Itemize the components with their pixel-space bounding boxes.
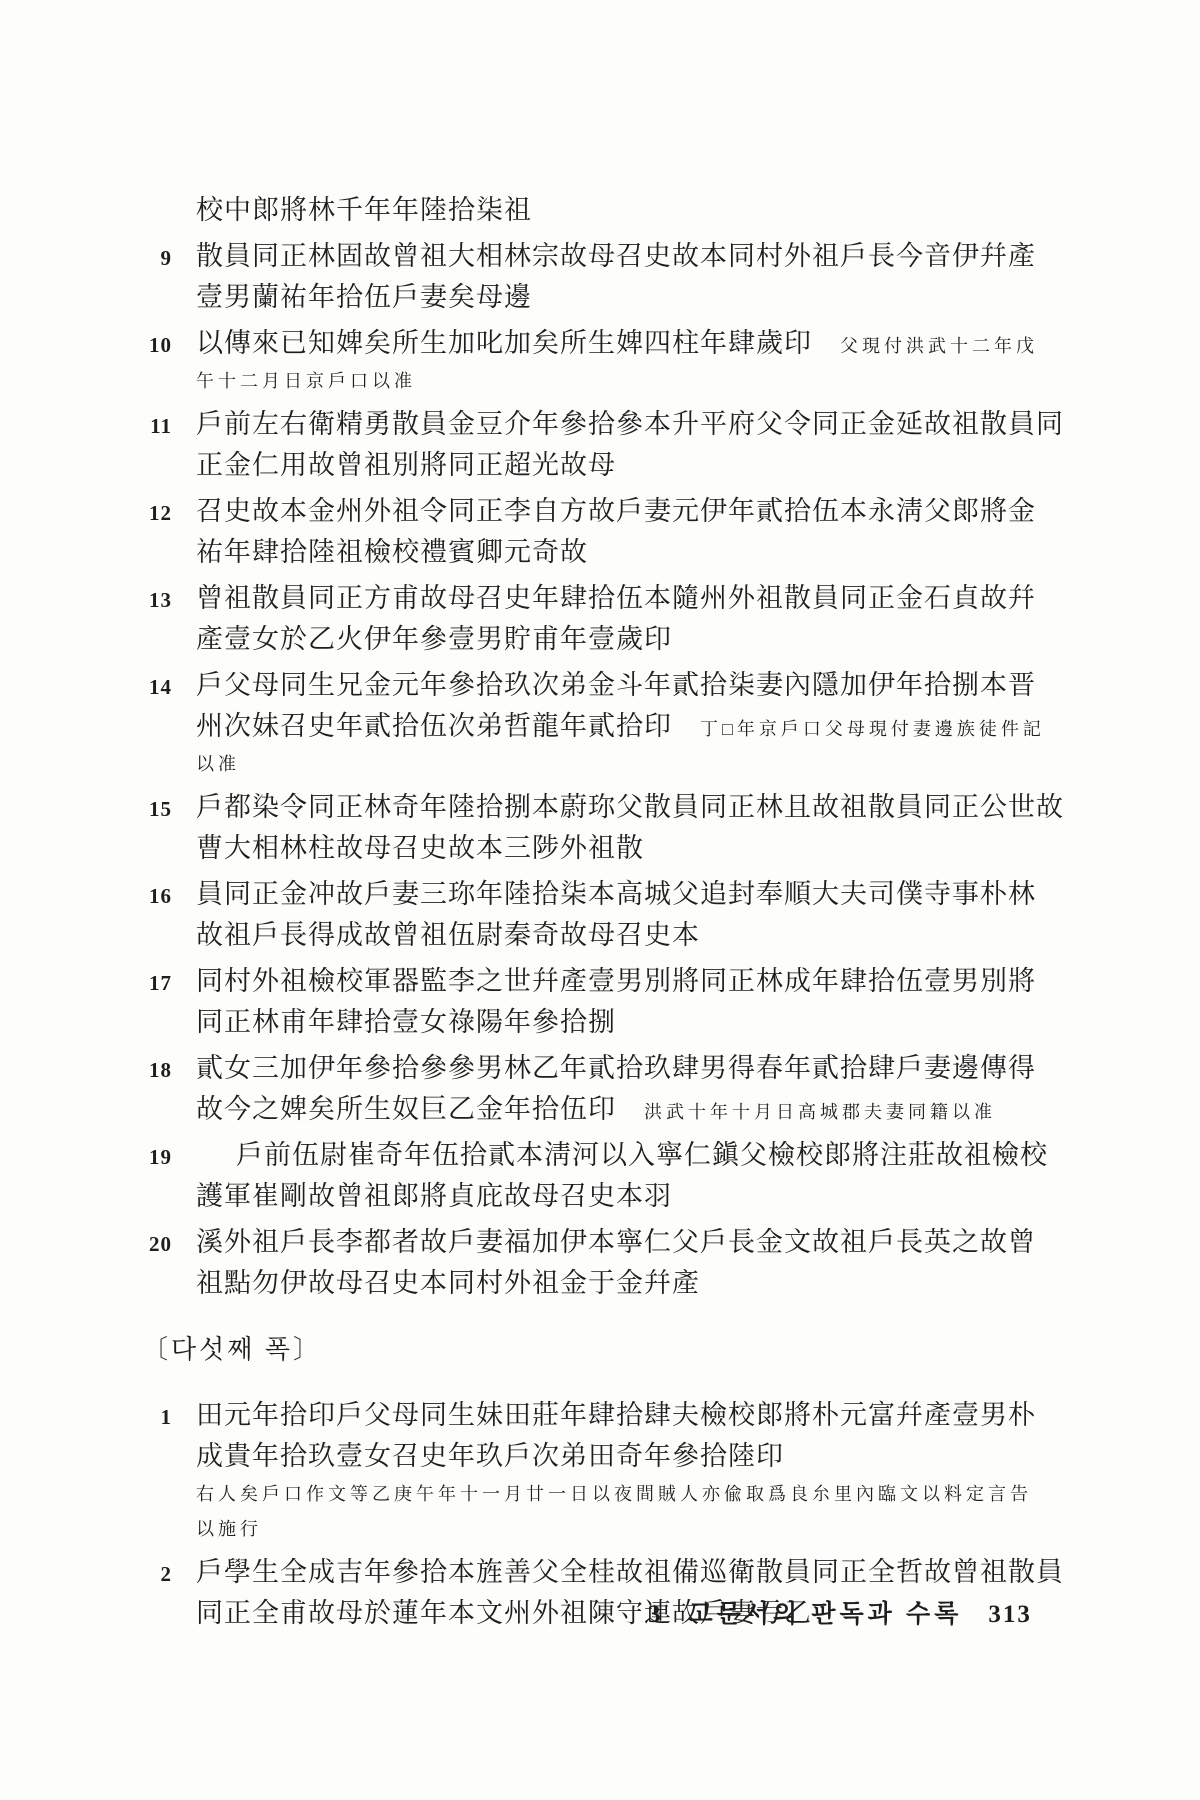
annotation-line: 午十二月日京戶口以准	[140, 364, 1200, 399]
entry-line: 19戶前伍尉崔奇年伍拾貳本淸河以入寧仁鎭父檢校郞將注莊故祖檢校	[140, 1135, 1200, 1176]
entry-line: 故祖戶長得成故曾祖伍尉秦奇故母召史本	[140, 915, 1200, 956]
entry-text: 戶前左右衛精勇散員金豆介年參拾參本升平府父令同正金延故祖散員同	[196, 404, 1064, 445]
footer-page-number: 313	[988, 1601, 1032, 1629]
entry-text: 校中郞將林千年年陸拾柒祖	[196, 190, 532, 231]
entry-line: 17同村外祖檢校軍器監李之世幷產壹男別將同正林成年肆拾伍壹男別將	[140, 961, 1200, 1002]
entry-line: 護軍崔剛故曾祖郞將貞庇故母召史本羽	[140, 1176, 1200, 1217]
entry-number: 14	[140, 667, 172, 708]
entry-line: 故今之婢矣所生奴巨乙金年拾伍印洪武十年十月日高城郡夫妻同籍以准	[140, 1089, 1200, 1130]
entry-line: 1田元年拾印戶父母同生妹田莊年肆拾肆夫檢校郞將朴元富幷產壹男朴	[140, 1395, 1200, 1436]
interlinear-note: 以准	[196, 747, 240, 782]
entry-line: 11戶前左右衛精勇散員金豆介年參拾參本升平府父令同正金延故祖散員同	[140, 404, 1200, 445]
interlinear-note: 洪武十年十月日高城郡夫妻同籍以准	[644, 1092, 996, 1133]
entry-line: 9散員同正林固故曾祖大相林宗故母召史故本同村外祖戶長今音伊幷產	[140, 236, 1200, 277]
entry-text: 州次妹召史年貳拾伍次弟哲龍年貳拾印	[196, 706, 672, 747]
entry-number: 17	[140, 963, 172, 1004]
entry-text: 壹男蘭祐年拾伍戶妻矣母邊	[196, 277, 532, 318]
entry-number: 9	[140, 238, 172, 279]
interlinear-note: 午十二月日京戶口以准	[196, 364, 416, 399]
entry-line: 同正林甫年肆拾壹女祿陽年參拾捌	[140, 1002, 1200, 1043]
entry-line: 祐年肆拾陸祖檢校禮賓卿元奇故	[140, 532, 1200, 573]
interlinear-note: 右人矣戶口作文等乙庚午年十一月廿一日以夜間賊人亦偸取爲良厼里內臨文以料定言告	[196, 1477, 1032, 1512]
entry-text: 成貴年拾玖壹女召史年玖戶次弟田奇年參拾陸印	[196, 1436, 784, 1477]
section-header: 〔다섯째 폭〕	[142, 1329, 322, 1366]
entry-line: 產壹女於乙火伊年參壹男貯甫年壹歲印	[140, 619, 1200, 660]
interlinear-note: 父現付洪武十二年戊	[840, 326, 1038, 367]
annotation-line: 以准	[140, 747, 1200, 782]
entry-text: 戶父母同生兄金元年參拾玖次弟金斗年貳拾柒妻內隱加伊年拾捌本晋	[196, 665, 1036, 706]
entry-line: 州次妹召史年貳拾伍次弟哲龍年貳拾印丁□年京戶口父母現付妻邊族徒件記	[140, 706, 1200, 747]
entry-line: 曹大相林柱故母召史故本三陟外祖散	[140, 828, 1200, 869]
entry-number: 16	[140, 876, 172, 917]
entry-number: 18	[140, 1050, 172, 1091]
entry-text: 田元年拾印戶父母同生妹田莊年肆拾肆夫檢校郞將朴元富幷產壹男朴	[196, 1395, 1036, 1436]
entry-text: 戶學生全成吉年參拾本旌善父全桂故祖備巡衛散員同正全哲故曾祖散員	[196, 1552, 1064, 1593]
footer-chapter-number: 3	[648, 1601, 663, 1629]
entry-number: 12	[140, 493, 172, 534]
entry-text: 護軍崔剛故曾祖郞將貞庇故母召史本羽	[196, 1176, 672, 1217]
interlinear-note: 丁□年京戶口父母現付妻邊族徒件記	[700, 709, 1045, 750]
page-footer: 3 고문서의 판독과 수록 313	[648, 1594, 1032, 1630]
entry-number: 2	[140, 1554, 172, 1595]
entry-line: 祖點勿伊故母召史本同村外祖金于金幷產	[140, 1263, 1200, 1304]
entry-text: 貳女三加伊年參拾參參男林乙年貳拾玖肆男得春年貳拾肆戶妻邊傳得	[196, 1048, 1036, 1089]
entry-number: 10	[140, 325, 172, 366]
entry-number: 19	[140, 1137, 172, 1178]
entry-line: 12召史故本金州外祖令同正李自方故戶妻元伊年貳拾伍本永淸父郞將金	[140, 491, 1200, 532]
entry-line: 13曾祖散員同正方甫故母召史年肆拾伍本隨州外祖散員同正金石貞故幷	[140, 578, 1200, 619]
entry-number: 20	[140, 1224, 172, 1265]
scanned-book-page: 校中郞將林千年年陸拾柒祖9散員同正林固故曾祖大相林宗故母召史故本同村外祖戶長今音…	[0, 0, 1200, 1800]
annotation-line: 右人矣戶口作文等乙庚午年十一月廿一日以夜間賊人亦偸取爲良厼里內臨文以料定言告	[140, 1477, 1200, 1512]
entry-line: 14戶父母同生兄金元年參拾玖次弟金斗年貳拾柒妻內隱加伊年拾捌本晋	[140, 665, 1200, 706]
interlinear-note: 以施行	[196, 1512, 262, 1547]
entry-line: 2戶學生全成吉年參拾本旌善父全桂故祖備巡衛散員同正全哲故曾祖散員	[140, 1552, 1200, 1593]
entry-text: 戶前伍尉崔奇年伍拾貳本淸河以入寧仁鎭父檢校郞將注莊故祖檢校	[196, 1135, 1048, 1176]
entry-number: 1	[140, 1397, 172, 1438]
annotation-line: 以施行	[140, 1512, 1200, 1547]
entry-text: 故祖戶長得成故曾祖伍尉秦奇故母召史本	[196, 915, 700, 956]
entry-line: 壹男蘭祐年拾伍戶妻矣母邊	[140, 277, 1200, 318]
entry-text: 同村外祖檢校軍器監李之世幷產壹男別將同正林成年肆拾伍壹男別將	[196, 961, 1036, 1002]
entry-text: 以傳來已知婢矣所生加叱加矣所生婢四柱年肆歲印	[196, 323, 812, 364]
entry-text: 產壹女於乙火伊年參壹男貯甫年壹歲印	[196, 619, 672, 660]
entry-text: 曹大相林柱故母召史故本三陟外祖散	[196, 828, 644, 869]
footer-chapter-title: 고문서의 판독과 수록	[689, 1594, 963, 1630]
entry-text: 祖點勿伊故母召史本同村外祖金于金幷產	[196, 1263, 700, 1304]
entry-text: 正金仁用故曾祖別將同正超光故母	[196, 445, 616, 486]
entry-line: 10以傳來已知婢矣所生加叱加矣所生婢四柱年肆歲印父現付洪武十二年戊	[140, 323, 1200, 364]
entry-line: 校中郞將林千年年陸拾柒祖	[140, 190, 1200, 231]
entry-line: 16員同正金冲故戶妻三珎年陸拾柒本高城父追封奉順大夫司僕寺事朴林	[140, 874, 1200, 915]
entry-text: 曾祖散員同正方甫故母召史年肆拾伍本隨州外祖散員同正金石貞故幷	[196, 578, 1036, 619]
entry-line: 20溪外祖戶長李都者故戶妻福加伊本寧仁父戶長金文故祖戶長英之故曾	[140, 1222, 1200, 1263]
entry-text: 召史故本金州外祖令同正李自方故戶妻元伊年貳拾伍本永淸父郞將金	[196, 491, 1036, 532]
entry-text: 祐年肆拾陸祖檢校禮賓卿元奇故	[196, 532, 588, 573]
entry-number: 15	[140, 789, 172, 830]
entry-line: 成貴年拾玖壹女召史年玖戶次弟田奇年參拾陸印	[140, 1436, 1200, 1477]
entry-line: 18貳女三加伊年參拾參參男林乙年貳拾玖肆男得春年貳拾肆戶妻邊傳得	[140, 1048, 1200, 1089]
entry-text: 同正林甫年肆拾壹女祿陽年參拾捌	[196, 1002, 616, 1043]
entry-text: 散員同正林固故曾祖大相林宗故母召史故本同村外祖戶長今音伊幷產	[196, 236, 1036, 277]
entry-text: 故今之婢矣所生奴巨乙金年拾伍印	[196, 1089, 616, 1130]
entry-text: 溪外祖戶長李都者故戶妻福加伊本寧仁父戶長金文故祖戶長英之故曾	[196, 1222, 1036, 1263]
section-header-line: 〔다섯째 폭〕	[142, 1304, 1200, 1390]
entry-number: 13	[140, 580, 172, 621]
entry-number: 11	[140, 406, 172, 447]
entry-line: 15戶都染令同正林奇年陸拾捌本蔚珎父散員同正林且故祖散員同正公世故	[140, 787, 1200, 828]
entry-text: 戶都染令同正林奇年陸拾捌本蔚珎父散員同正林且故祖散員同正公世故	[196, 787, 1064, 828]
entry-text: 員同正金冲故戶妻三珎年陸拾柒本高城父追封奉順大夫司僕寺事朴林	[196, 874, 1036, 915]
entry-line: 正金仁用故曾祖別將同正超光故母	[140, 445, 1200, 486]
transcription-text-block: 校中郞將林千年年陸拾柒祖9散員同正林固故曾祖大相林宗故母召史故本同村外祖戶長今音…	[0, 0, 1200, 1634]
